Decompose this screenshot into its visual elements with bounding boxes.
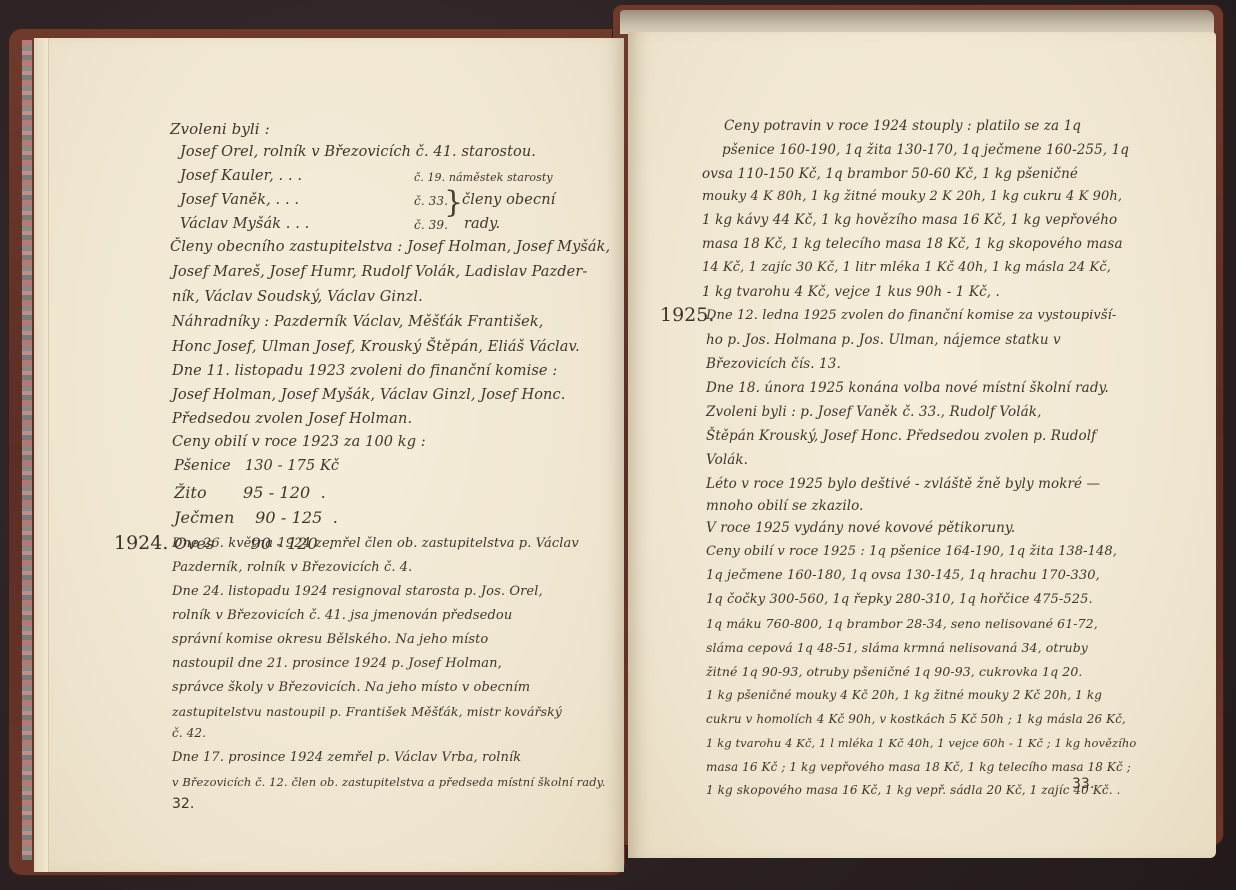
curly-brace: } bbox=[444, 188, 463, 218]
text-line: mouky 4 K 80h, 1 kg žitné mouky 2 K 20h,… bbox=[702, 189, 1122, 204]
text-line: 1 kg skopového masa 16 Kč, 1 kg vepř. sá… bbox=[706, 783, 1120, 797]
text-line: pšenice 160-190, 1q žita 130-170, 1q ječ… bbox=[722, 142, 1129, 158]
page-number: 32. bbox=[172, 796, 194, 812]
price-row: Ječmen 90 - 125 . bbox=[174, 508, 338, 527]
text-line: Volák. bbox=[706, 452, 748, 468]
text-line: Josef Orel, rolník v Březovicích č. 41. … bbox=[180, 144, 536, 160]
text-line: sláma cepová 1q 48-51, sláma krmná nelis… bbox=[706, 640, 1088, 655]
text-line: Honc Josef, Ulman Josef, Krouský Štěpán,… bbox=[172, 339, 580, 355]
text-line: Ceny obilí v roce 1923 za 100 kg : bbox=[172, 434, 426, 450]
page-stack-edge bbox=[620, 10, 1214, 34]
text-line: Léto v roce 1925 bylo deštivé - zvláště … bbox=[706, 476, 1100, 492]
text-line: Dne 17. prosince 1924 zemřel p. Václav V… bbox=[172, 750, 521, 765]
text-line: správní komise okresu Bělského. Na jeho … bbox=[172, 632, 488, 647]
text-line: zastupitelstvu nastoupil p. František Mě… bbox=[172, 704, 562, 719]
text-line: Zvoleni byli : bbox=[170, 120, 270, 138]
text-line: Ceny obilí v roce 1925 : 1q pšenice 164-… bbox=[706, 544, 1117, 559]
brace-label: členy obecní bbox=[462, 192, 555, 208]
house-number: č. 33. bbox=[414, 194, 448, 208]
text-line: Josef Holman, Josef Myšák, Václav Ginzl,… bbox=[172, 387, 565, 403]
text-line: 14 Kč, 1 zajíc 30 Kč, 1 litr mléka 1 Kč … bbox=[702, 260, 1111, 275]
text-line: 1 kg kávy 44 Kč, 1 kg hovězího masa 16 K… bbox=[702, 212, 1117, 228]
text-line: Josef Vaněk, . . . bbox=[180, 192, 299, 208]
left-page: Zvoleni byli : Josef Orel, rolník v Břez… bbox=[34, 38, 624, 872]
text-line: rolník v Březovicích č. 41. jsa jmenován… bbox=[172, 608, 512, 623]
text-line: v Březovicích č. 12. člen ob. zastupitel… bbox=[172, 775, 606, 789]
text-line: masa 16 Kč ; 1 kg vepřového masa 18 Kč, … bbox=[706, 760, 1131, 774]
text-line: Náhradníky : Pazderník Václav, Měšťák Fr… bbox=[172, 314, 543, 330]
text-line: ovsa 110-150 Kč, 1q brambor 50-60 Kč, 1 … bbox=[702, 166, 1078, 182]
text-line: nastoupil dne 21. prosince 1924 p. Josef… bbox=[172, 656, 502, 671]
text-line: Předsedou zvolen Josef Holman. bbox=[172, 411, 412, 427]
text-line: žitné 1q 90-93, otruby pšeničné 1q 90-93… bbox=[706, 664, 1082, 679]
text-line: cukru v homolích 4 Kč 90h, v kostkách 5 … bbox=[706, 712, 1126, 726]
page-edge bbox=[34, 38, 49, 872]
text-line: Dne 26. května 1924 zemřel člen ob. zast… bbox=[172, 536, 579, 551]
text-line: Členy obecního zastupitelstva : Josef Ho… bbox=[170, 239, 610, 255]
text-line: 1q čočky 300-560, 1q řepky 280-310, 1q h… bbox=[706, 592, 1093, 607]
text-line: Dne 11. listopadu 1923 zvoleni do finanč… bbox=[172, 363, 557, 379]
text-line: 1q máku 760-800, 1q brambor 28-34, seno … bbox=[706, 616, 1098, 631]
text-line: mnoho obilí se zkazilo. bbox=[706, 498, 864, 514]
text-line: Josef Mareš, Josef Humr, Rudolf Volák, L… bbox=[172, 264, 587, 280]
text-line: Březovicích čís. 13. bbox=[706, 356, 841, 372]
text-line: V roce 1925 vydány nové kovové pětikorun… bbox=[706, 520, 1015, 536]
text-line: 1 kg tvarohu 4 Kč, vejce 1 kus 90h - 1 K… bbox=[702, 284, 1000, 300]
text-line: Pazderník, rolník v Březovicích č. 4. bbox=[172, 560, 412, 575]
price-row: Žito 95 - 120 . bbox=[174, 483, 326, 502]
text-line: Štěpán Krouský, Josef Honc. Předsedou zv… bbox=[706, 428, 1096, 444]
text-line: správce školy v Březovicích. Na jeho mís… bbox=[172, 680, 530, 695]
text-line: Dne 24. listopadu 1924 resignoval staros… bbox=[172, 584, 543, 599]
text-line: Václav Myšák . . . bbox=[180, 216, 309, 232]
text-line: Josef Kauler, . . . bbox=[180, 168, 302, 184]
price-row: Pšenice 130 - 175 Kč bbox=[174, 458, 339, 474]
brace-label: rady. bbox=[464, 216, 500, 232]
text-line: Zvoleni byli : p. Josef Vaněk č. 33., Ru… bbox=[706, 404, 1041, 420]
house-number: č. 19. náměstek starosty bbox=[414, 171, 553, 184]
right-page: Ceny potravin v roce 1924 stouply : plat… bbox=[628, 32, 1216, 858]
page-number: 33. bbox=[1072, 776, 1094, 792]
text-line: 1q ječmene 160-180, 1q ovsa 130-145, 1q … bbox=[706, 568, 1100, 583]
text-line: 1 kg pšeničné mouky 4 Kč 20h, 1 kg žitné… bbox=[706, 688, 1102, 702]
text-line: Ceny potravin v roce 1924 stouply : plat… bbox=[724, 118, 1081, 134]
text-line: č. 42. bbox=[172, 726, 206, 740]
margin-year: 1924. bbox=[114, 532, 168, 554]
marbled-endpaper-edge bbox=[22, 40, 32, 860]
text-line: Dne 18. února 1925 konána volba nové mís… bbox=[706, 380, 1109, 396]
house-number: č. 39. bbox=[414, 218, 448, 232]
text-line: ník, Václav Soudský, Václav Ginzl. bbox=[172, 289, 423, 305]
text-line: Dne 12. ledna 1925 zvolen do finanční ko… bbox=[706, 308, 1116, 323]
text-line: masa 18 Kč, 1 kg telecího masa 18 Kč, 1 … bbox=[702, 236, 1123, 252]
text-line: 1 kg tvarohu 4 Kč, 1 l mléka 1 Kč 40h, 1… bbox=[706, 736, 1136, 750]
text-line: ho p. Jos. Holmana p. Jos. Ulman, nájemc… bbox=[706, 332, 1061, 348]
